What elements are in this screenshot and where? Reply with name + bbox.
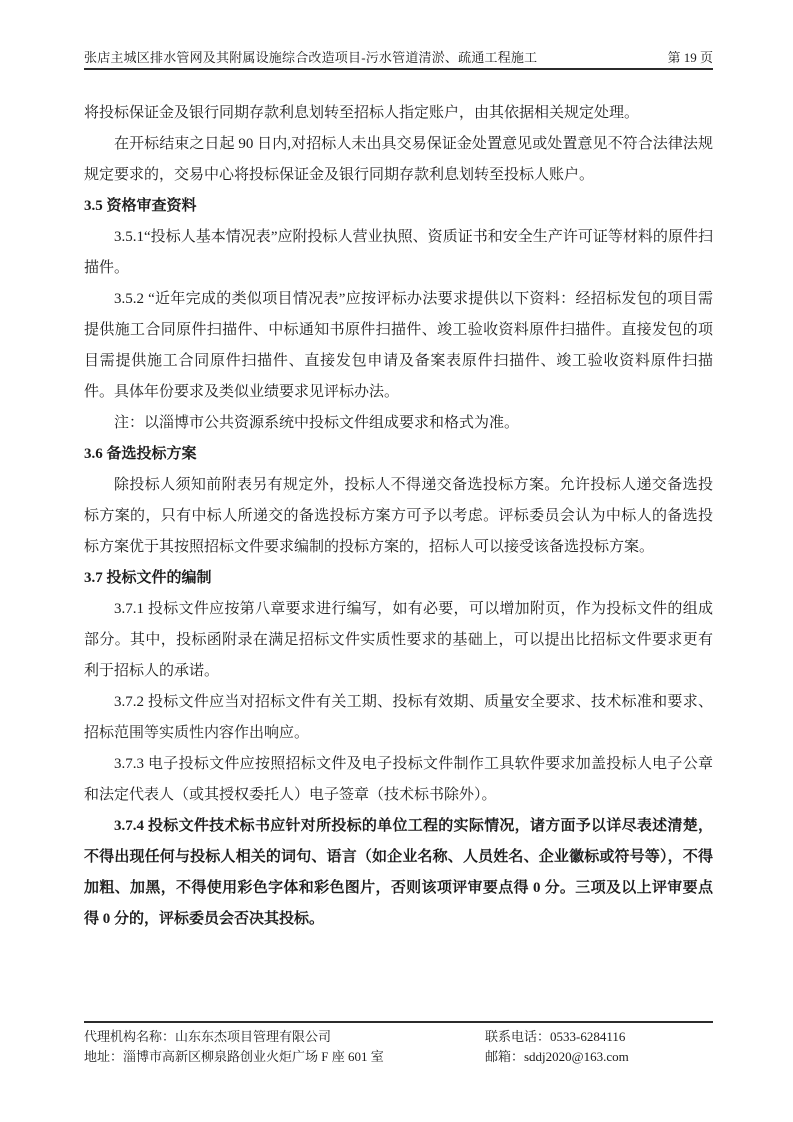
paragraph-3-7-2: 3.7.2 投标文件应当对招标文件有关工期、投标有效期、质量安全要求、技术标准和… xyxy=(84,687,713,749)
page-footer: 代理机构名称：山东东杰项目管理有限公司 联系电话：0533-6284116 地址… xyxy=(84,1021,713,1067)
paragraph-3-7-3: 3.7.3 电子投标文件应按照招标文件及电子投标文件制作工具软件要求加盖投标人电… xyxy=(84,749,713,811)
paragraph-90-days: 在开标结束之日起 90 日内,对招标人未出具交易保证金处置意见或处置意见不符合法… xyxy=(84,129,713,191)
contact-phone: 联系电话：0533-6284116 xyxy=(485,1027,713,1047)
note-zibo-system: 注：以淄博市公共资源系统中投标文件组成要求和格式为准。 xyxy=(84,408,713,439)
paragraph-3-6-body: 除投标人须知前附表另有规定外，投标人不得递交备选投标方案。允许投标人递交备选投标… xyxy=(84,470,713,563)
section-heading-3-7: 3.7 投标文件的编制 xyxy=(84,563,713,594)
page-number: 第 19 页 xyxy=(667,47,713,66)
paragraph-deposit-transfer: 将投标保证金及银行同期存款利息划转至招标人指定账户，由其依据相关规定处理。 xyxy=(84,98,713,129)
section-heading-3-6: 3.6 备选投标方案 xyxy=(84,439,713,470)
header-project-title: 张店主城区排水管网及其附属设施综合改造项目-污水管道清淤、疏通工程施工 xyxy=(84,47,537,66)
footer-row-2: 地址：淄博市高新区柳泉路创业火炬广场 F 座 601 室 邮箱：sddj2020… xyxy=(84,1047,713,1067)
paragraph-3-7-1: 3.7.1 投标文件应按第八章要求进行编写，如有必要，可以增加附页，作为投标文件… xyxy=(84,594,713,687)
agency-name: 代理机构名称：山东东杰项目管理有限公司 xyxy=(84,1027,485,1047)
footer-row-1: 代理机构名称：山东东杰项目管理有限公司 联系电话：0533-6284116 xyxy=(84,1027,713,1047)
paragraph-3-5-1: 3.5.1“投标人基本情况表”应附投标人营业执照、资质证书和安全生产许可证等材料… xyxy=(84,222,713,284)
document-body: 将投标保证金及银行同期存款利息划转至招标人指定账户，由其依据相关规定处理。 在开… xyxy=(84,98,713,935)
paragraph-3-7-4: 3.7.4 投标文件技术标书应针对所投标的单位工程的实际情况，诸方面予以详尽表述… xyxy=(84,811,713,935)
agency-address: 地址：淄博市高新区柳泉路创业火炬广场 F 座 601 室 xyxy=(84,1047,485,1067)
document-page: 张店主城区排水管网及其附属设施综合改造项目-污水管道清淤、疏通工程施工 第 19… xyxy=(0,0,793,1122)
page-header: 张店主城区排水管网及其附属设施综合改造项目-污水管道清淤、疏通工程施工 第 19… xyxy=(84,46,713,70)
section-heading-3-5: 3.5 资格审查资料 xyxy=(84,191,713,222)
paragraph-3-5-2: 3.5.2 “近年完成的类似项目情况表”应按评标办法要求提供以下资料：经招标发包… xyxy=(84,284,713,408)
contact-email: 邮箱：sddj2020@163.com xyxy=(485,1047,713,1067)
